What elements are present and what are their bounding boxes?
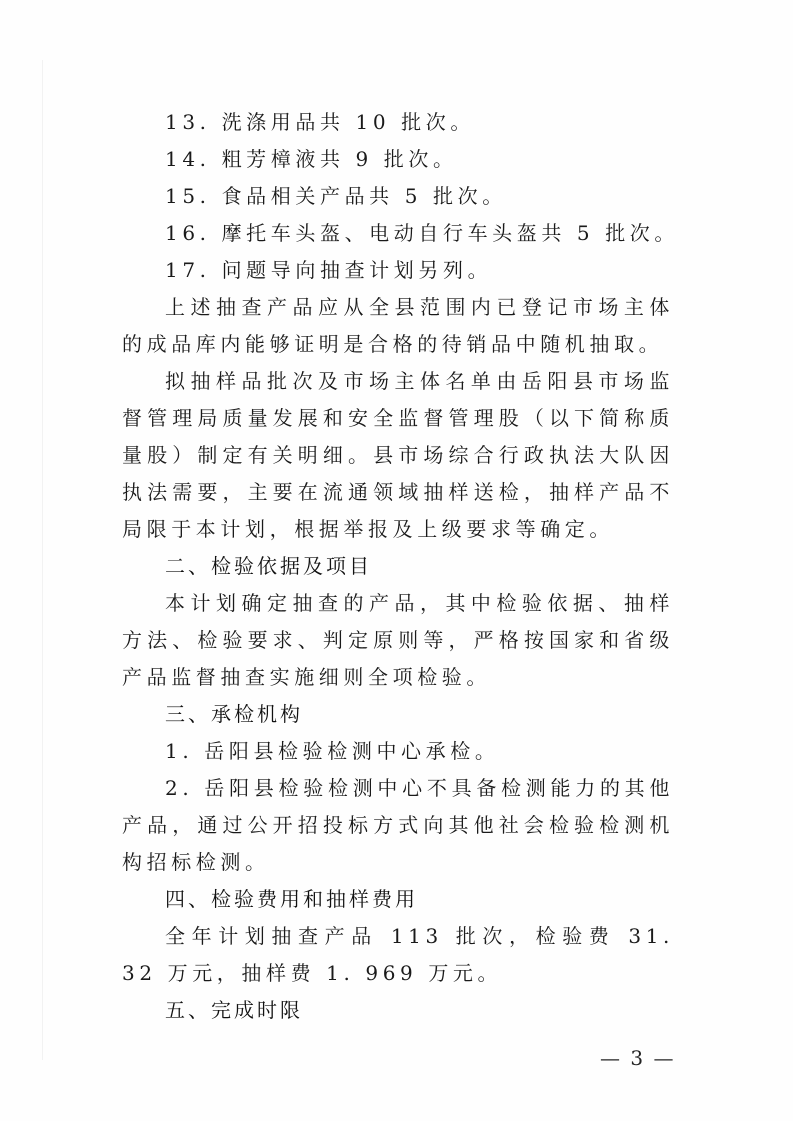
section-heading-3: 三、承检机构 xyxy=(122,696,674,733)
document-body: 13. 洗涤用品共 10 批次。 14. 粗芳樟液共 9 批次。 15. 食品相… xyxy=(122,104,674,1029)
section-2-text: 本计划确定抽查的产品，其中检验依据、抽样方法、检验要求、判定原则等，严格按国家和… xyxy=(122,585,674,696)
section-3-item-2: 2. 岳阳县检验检测中心不具备检测能力的其他产品，通过公开招投标方式向其他社会检… xyxy=(122,770,674,881)
list-item-17: 17. 问题导向抽查计划另列。 xyxy=(122,252,674,289)
list-item-16: 16. 摩托车头盔、电动自行车头盔共 5 批次。 xyxy=(122,215,674,252)
section-heading-4: 四、检验费用和抽样费用 xyxy=(122,881,674,918)
page-number: — 3 — xyxy=(600,1046,675,1070)
paragraph-sampling-source: 上述抽查产品应从全县范围内已登记市场主体的成品库内能够证明是合格的待销品中随机抽… xyxy=(122,289,674,363)
section-4-text: 全年计划抽查产品 113 批次，检验费 31. 32 万元，抽样费 1. 969… xyxy=(122,918,674,992)
section-heading-5: 五、完成时限 xyxy=(122,992,674,1029)
section-heading-2: 二、检验依据及项目 xyxy=(122,548,674,585)
section-3-item-1: 1. 岳阳县检验检测中心承检。 xyxy=(122,733,674,770)
list-item-13: 13. 洗涤用品共 10 批次。 xyxy=(122,104,674,141)
list-item-15: 15. 食品相关产品共 5 批次。 xyxy=(122,178,674,215)
scan-margin-line xyxy=(42,60,43,1060)
paragraph-sampling-list: 拟抽样品批次及市场主体名单由岳阳县市场监督管理局质量发展和安全监督管理股（以下简… xyxy=(122,363,674,548)
document-page: 13. 洗涤用品共 10 批次。 14. 粗芳樟液共 9 批次。 15. 食品相… xyxy=(0,0,793,1121)
list-item-14: 14. 粗芳樟液共 9 批次。 xyxy=(122,141,674,178)
